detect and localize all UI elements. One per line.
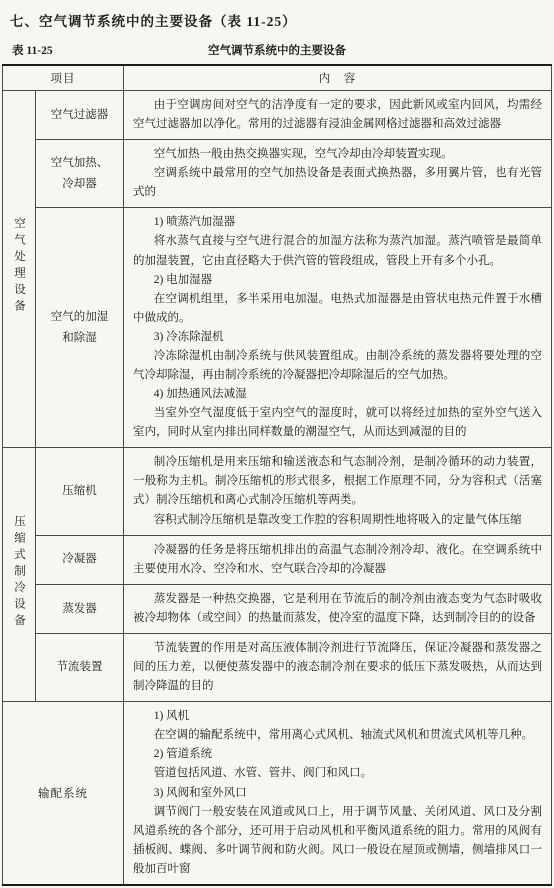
table-row-distribution-system: 输配系统 1) 风机 在空调的输配系统中，常用离心式风机、轴流式风机和贯流式风机… xyxy=(3,702,552,885)
item-cell-condenser: 冷凝器 xyxy=(36,535,124,584)
paragraph: 在空调的输配系统中，常用离心式风机、轴流式风机和贯流式风机等几种。 xyxy=(133,726,542,745)
item-cell-throttle-device: 节流装置 xyxy=(36,633,124,701)
item-cell-air-heater-cooler: 空气加热、冷却器 xyxy=(36,140,124,208)
table-row-air-heater-cooler: 空气加热、冷却器 空气加热一般由热交换器实现，空气冷却由冷却装置实现。 空调系统… xyxy=(3,140,552,208)
paragraph: 4) 加热通风法减湿 xyxy=(133,385,542,404)
paragraph: 冷凝器的任务是将压缩机排出的高温气态制冷剂冷却、液化。在空调系统中主要使用水冷、… xyxy=(133,541,542,579)
table-row-air-filter: 空气处理设备 空气过滤器 由于空调房间对空气的洁净度有一定的要求，因此新风或室内… xyxy=(3,91,552,140)
paragraph: 3) 风阀和室外风口 xyxy=(133,784,542,803)
content-cell-condenser: 冷凝器的任务是将压缩机排出的高温气态制冷剂冷却、液化。在空调系统中主要使用水冷、… xyxy=(124,535,552,584)
table-label: 表 11-25 xyxy=(12,42,53,58)
paragraph: 调节阀门一般安装在风道或风口上，用于调节风量、关闭风道、风口及分割风道系统的各个… xyxy=(133,803,542,879)
content-cell-distribution-system: 1) 风机 在空调的输配系统中，常用离心式风机、轴流式风机和贯流式风机等几种。 … xyxy=(124,702,552,885)
paragraph: 2) 电加湿器 xyxy=(133,271,542,290)
paragraph: 管道包括风道、水管、管井、阀门和风口。 xyxy=(133,764,542,783)
group-cell-compression-refrigeration: 压缩式制冷设备 xyxy=(3,448,36,702)
table-row-condenser: 冷凝器 冷凝器的任务是将压缩机排出的高温气态制冷剂冷却、液化。在空调系统中主要使… xyxy=(3,535,552,584)
content-cell-humidify-dehumidify: 1) 喷蒸汽加湿器 将水蒸气直接与空气进行混合的加湿方法称为蒸汽加湿。蒸汽喷管是… xyxy=(124,208,552,448)
group-cell-distribution-system: 输配系统 xyxy=(3,702,124,885)
group-label-air-processing: 空气处理设备 xyxy=(11,217,27,316)
table-row-compressor: 压缩式制冷设备 压缩机 制冷压缩机是用来压缩和输送液态和气态制冷剂，是制冷循环的… xyxy=(3,448,552,535)
paragraph: 空气加热一般由热交换器实现，空气冷却由冷却装置实现。 xyxy=(133,145,542,164)
paragraph: 当室外空气湿度低于室内空气的湿度时，就可以将经过加热的室外空气送入室内，同时从室… xyxy=(133,404,542,442)
paragraph: 空调系统中最常用的空气加热设备是表面式换热器，多用翼片管，也有光管式的 xyxy=(133,164,542,202)
paragraph: 将水蒸气直接与空气进行混合的加湿方法称为蒸汽加湿。蒸汽喷管是最简单的加湿装置，它… xyxy=(133,232,542,270)
item-cell-air-filter: 空气过滤器 xyxy=(36,91,124,140)
content-cell-throttle-device: 节流装置的作用是对高压液体制冷剂进行节流降压，保证冷凝器和蒸发器之间的压力差，以… xyxy=(124,633,552,701)
table-row-evaporator: 蒸发器 蒸发器是一种热交换器，它是利用在节流后的制冷剂由液态变为气态时吸收被冷却… xyxy=(3,584,552,633)
paragraph: 3) 冷冻除湿机 xyxy=(133,328,542,347)
item-cell-compressor: 压缩机 xyxy=(36,448,124,535)
paragraph: 节流装置的作用是对高压液体制冷剂进行节流降压，保证冷凝器和蒸发器之间的压力差，以… xyxy=(133,639,542,696)
header-cell-item: 项目 xyxy=(3,65,124,91)
content-cell-compressor: 制冷压缩机是用来压缩和输送液态和气态制冷剂，是制冷循环的动力装置，一般称为主机。… xyxy=(124,448,552,535)
paragraph: 制冷压缩机是用来压缩和输送液态和气态制冷剂，是制冷循环的动力装置，一般称为主机。… xyxy=(133,453,542,510)
table-caption: 空气调节系统中的主要设备 xyxy=(208,42,346,58)
paragraph: 由于空调房间对空气的洁净度有一定的要求，因此新风或室内回风，均需经空气过滤器加以… xyxy=(133,96,542,134)
paragraph: 2) 管道系统 xyxy=(133,745,542,764)
table-row-throttle-device: 节流装置 节流装置的作用是对高压液体制冷剂进行节流降压，保证冷凝器和蒸发器之间的… xyxy=(3,633,552,701)
content-cell-evaporator: 蒸发器是一种热交换器，它是利用在节流后的制冷剂由液态变为气态时吸收被冷却物体（或… xyxy=(124,584,552,633)
paragraph: 1) 喷蒸汽加湿器 xyxy=(133,213,542,232)
page-title: 七、空气调节系统中的主要设备（表 11-25） xyxy=(10,10,552,30)
content-cell-air-filter: 由于空调房间对空气的洁净度有一定的要求，因此新风或室内回风，均需经空气过滤器加以… xyxy=(124,91,552,140)
table-header-row: 项目 内 容 xyxy=(3,65,552,91)
paragraph: 容积式制冷压缩机是靠改变工作腔的容积周期性地将吸入的定量气体压缩 xyxy=(133,511,542,530)
table-row-humidify-dehumidify: 空气的加湿和除湿 1) 喷蒸汽加湿器 将水蒸气直接与空气进行混合的加湿方法称为蒸… xyxy=(3,208,552,448)
paragraph: 1) 风机 xyxy=(133,707,542,726)
main-table: 项目 内 容 空气处理设备 空气过滤器 由于空调房间对空气的洁净度有一定的要求，… xyxy=(2,64,552,886)
paragraph: 蒸发器是一种热交换器，它是利用在节流后的制冷剂由液态变为气态时吸收被冷却物体（或… xyxy=(133,590,542,628)
item-cell-evaporator: 蒸发器 xyxy=(36,584,124,633)
item-cell-humidify-dehumidify: 空气的加湿和除湿 xyxy=(36,208,124,448)
table-caption-row: 表 11-25 空气调节系统中的主要设备 xyxy=(12,42,542,59)
group-label-compression-refrigeration: 压缩式制冷设备 xyxy=(11,515,27,631)
header-cell-content: 内 容 xyxy=(124,65,552,91)
group-cell-air-processing: 空气处理设备 xyxy=(3,91,36,448)
paragraph: 冷冻除湿机由制冷系统与供风装置组成。由制冷系统的蒸发器将要处理的空气冷却除湿，再… xyxy=(133,347,542,385)
document-page: 七、空气调节系统中的主要设备（表 11-25） 表 11-25 空气调节系统中的… xyxy=(0,0,554,888)
paragraph: 在空调机组里，多半采用电加湿。电热式加湿器是由管状电热元件置于水槽中做成的。 xyxy=(133,290,542,328)
content-cell-air-heater-cooler: 空气加热一般由热交换器实现，空气冷却由冷却装置实现。 空调系统中最常用的空气加热… xyxy=(124,140,552,208)
